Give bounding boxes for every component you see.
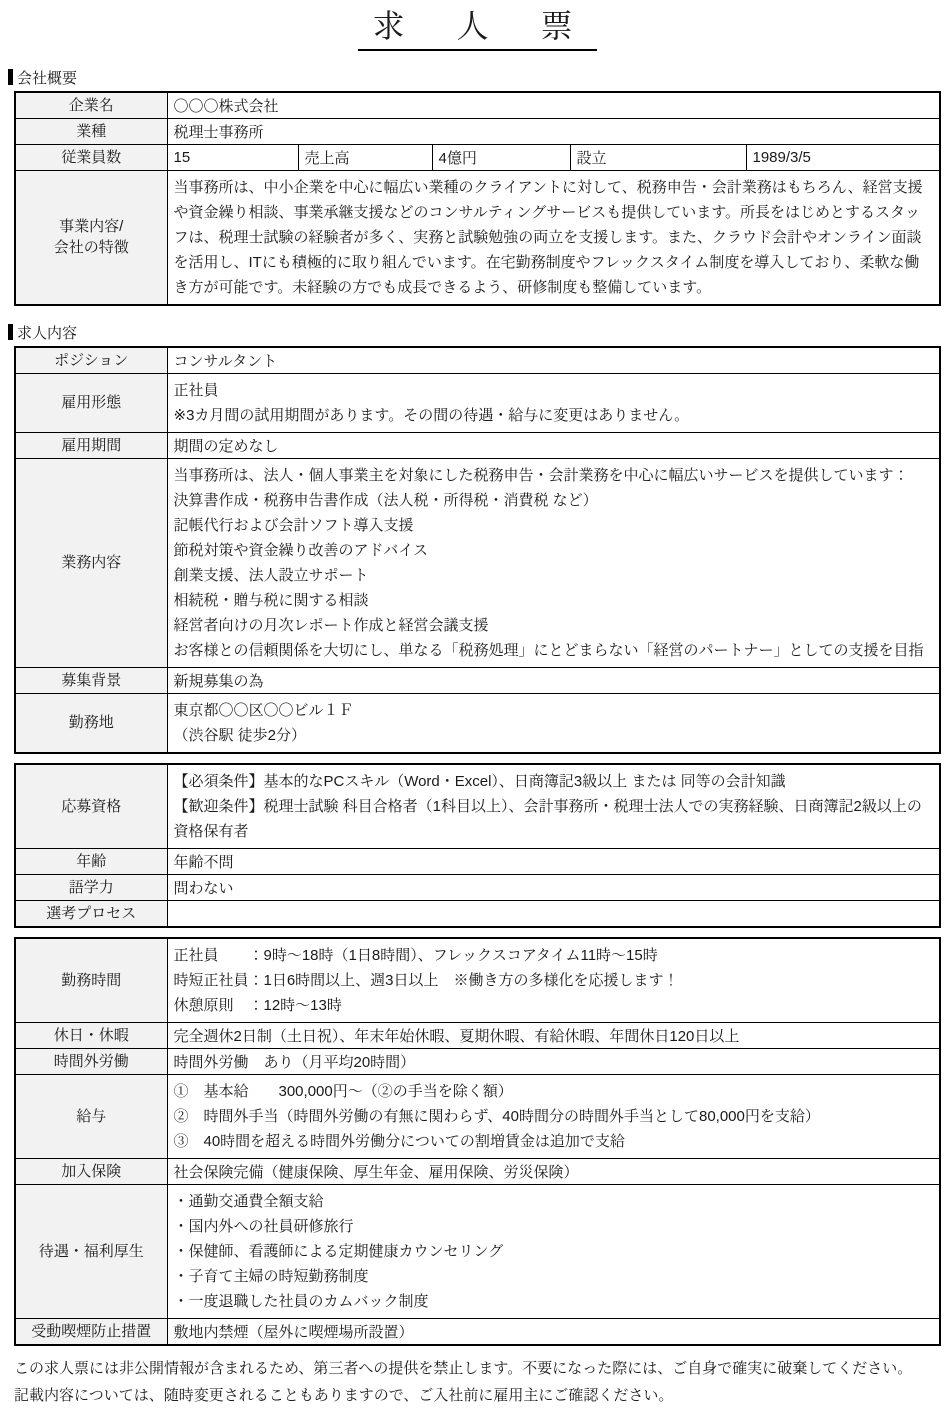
table-row: 雇用形態 正社員 ※3カ月間の試用期間があります。その間の待遇・給与に変更はあり… [15, 373, 940, 432]
employees-label: 従業員数 [15, 144, 167, 170]
revenue-label: 売上高 [298, 144, 432, 170]
selection-process-value [167, 900, 940, 927]
established-label: 設立 [570, 144, 746, 170]
table-row: 勤務地 東京都〇〇区〇〇ビル１Ｆ （渋谷駅 徒歩2分） [15, 693, 940, 753]
work-location-label: 勤務地 [15, 693, 167, 753]
page-title: 求 人 票 [358, 8, 596, 51]
section-title-job-details: 求人内容 [17, 322, 77, 343]
business-description-label: 事業内容/ 会社の特徴 [15, 170, 167, 305]
table-row: 企業名 〇〇〇株式会社 [15, 92, 940, 119]
table-row: 時間外労働 時間外労働 あり（月平均20時間） [15, 1048, 940, 1074]
overtime-value: 時間外労働 あり（月平均20時間） [167, 1048, 940, 1074]
table-row: 勤務時間 正社員 ：9時～18時（1日8時間）、フレックスコアタイム11時～15… [15, 938, 940, 1023]
recruitment-background-label: 募集背景 [15, 667, 167, 693]
benefits-value: ・通勤交通費全額支給 ・国内外への社員研修旅行 ・保健師、看護師による定期健康カ… [167, 1184, 940, 1318]
table-row: 給与 ① 基本給 300,000円～（②の手当を除く額） ② 時間外手当（時間外… [15, 1074, 940, 1158]
overtime-label: 時間外労働 [15, 1048, 167, 1074]
established-value: 1989/3/5 [746, 144, 940, 170]
employment-type-label: 雇用形態 [15, 373, 167, 432]
age-value: 年齢不問 [167, 848, 940, 874]
table-row: 語学力 問わない [15, 874, 940, 900]
section-header-job-details: 求人内容 [8, 322, 941, 343]
footer-notes: この求人票には非公開情報が含まれるため、第三者への提供を禁止します。不要になった… [14, 1355, 941, 1409]
company-name-label: 企業名 [15, 92, 167, 119]
job-details-table: ポジション コンサルタント 雇用形態 正社員 ※3カ月間の試用期間があります。そ… [14, 346, 941, 754]
benefits-label: 待遇・福利厚生 [15, 1184, 167, 1318]
table-row: 年齢 年齢不問 [15, 848, 940, 874]
table-row: 雇用期間 期間の定めなし [15, 432, 940, 458]
company-overview-table: 企業名 〇〇〇株式会社 業種 税理士事務所 従業員数 15 売上高 4億円 設立… [14, 91, 941, 306]
table-row: 選考プロセス [15, 900, 940, 927]
selection-process-label: 選考プロセス [15, 900, 167, 927]
job-posting-document: 求 人 票 会社概要 企業名 〇〇〇株式会社 業種 税理士事務所 従業員数 15… [0, 0, 948, 1419]
position-value: コンサルタント [167, 347, 940, 374]
table-row: 応募資格 【必須条件】基本的なPCスキル（Word・Excel）、日商簿記3級以… [15, 764, 940, 849]
recruitment-background-value: 新規募集の為 [167, 667, 940, 693]
employment-period-value: 期間の定めなし [167, 432, 940, 458]
working-hours-label: 勤務時間 [15, 938, 167, 1023]
industry-label: 業種 [15, 118, 167, 144]
table-row: ポジション コンサルタント [15, 347, 940, 374]
work-location-value: 東京都〇〇区〇〇ビル１Ｆ （渋谷駅 徒歩2分） [167, 693, 940, 753]
language-skill-value: 問わない [167, 874, 940, 900]
employment-period-label: 雇用期間 [15, 432, 167, 458]
holidays-value: 完全週休2日制（土日祝）、年末年始休暇、夏期休暇、有給休暇、年間休日120日以上 [167, 1022, 940, 1048]
footer-note-line: 記載内容については、随時変更されることもありますので、ご入社前に雇用主にご確認く… [14, 1382, 941, 1409]
requirements-value: 【必須条件】基本的なPCスキル（Word・Excel）、日商簿記3級以上 または… [167, 764, 940, 849]
table-row: 業種 税理士事務所 [15, 118, 940, 144]
revenue-value: 4億円 [432, 144, 570, 170]
working-conditions-table: 勤務時間 正社員 ：9時～18時（1日8時間）、フレックスコアタイム11時～15… [14, 937, 941, 1346]
working-hours-value: 正社員 ：9時～18時（1日8時間）、フレックスコアタイム11時～15時 時短正… [167, 938, 940, 1023]
section-bar-icon [8, 324, 13, 340]
footer-note-line: この求人票には非公開情報が含まれるため、第三者への提供を禁止します。不要になった… [14, 1355, 941, 1382]
title-container: 求 人 票 [14, 8, 941, 51]
table-row: 募集背景 新規募集の為 [15, 667, 940, 693]
section-header-company-overview: 会社概要 [8, 67, 941, 88]
business-description-value: 当事務所は、中小企業を中心に幅広い業種のクライアントに対して、税務申告・会計業務… [167, 170, 940, 305]
language-skill-label: 語学力 [15, 874, 167, 900]
table-row: 加入保険 社会保険完備（健康保険、厚生年金、雇用保険、労災保険） [15, 1158, 940, 1184]
job-description-value: 当事務所は、法人・個人事業主を対象にした税務申告・会計業務を中心に幅広いサービス… [167, 458, 940, 667]
job-description-label: 業務内容 [15, 458, 167, 667]
employees-value: 15 [167, 144, 298, 170]
table-row: 従業員数 15 売上高 4億円 設立 1989/3/5 [15, 144, 940, 170]
industry-value: 税理士事務所 [167, 118, 940, 144]
table-row: 待遇・福利厚生 ・通勤交通費全額支給 ・国内外への社員研修旅行 ・保健師、看護師… [15, 1184, 940, 1318]
age-label: 年齢 [15, 848, 167, 874]
employment-type-value: 正社員 ※3カ月間の試用期間があります。その間の待遇・給与に変更はありません。 [167, 373, 940, 432]
table-row: 事業内容/ 会社の特徴 当事務所は、中小企業を中心に幅広い業種のクライアントに対… [15, 170, 940, 305]
requirements-label: 応募資格 [15, 764, 167, 849]
insurance-value: 社会保険完備（健康保険、厚生年金、雇用保険、労災保険） [167, 1158, 940, 1184]
table-row: 休日・休暇 完全週休2日制（土日祝）、年末年始休暇、夏期休暇、有給休暇、年間休日… [15, 1022, 940, 1048]
salary-value: ① 基本給 300,000円～（②の手当を除く額） ② 時間外手当（時間外労働の… [167, 1074, 940, 1158]
section-bar-icon [8, 69, 13, 85]
holidays-label: 休日・休暇 [15, 1022, 167, 1048]
qualification-table: 応募資格 【必須条件】基本的なPCスキル（Word・Excel）、日商簿記3級以… [14, 763, 941, 928]
table-row: 受動喫煙防止措置 敷地内禁煙（屋外に喫煙場所設置） [15, 1318, 940, 1345]
company-name-value: 〇〇〇株式会社 [167, 92, 940, 119]
insurance-label: 加入保険 [15, 1158, 167, 1184]
salary-label: 給与 [15, 1074, 167, 1158]
position-label: ポジション [15, 347, 167, 374]
smoking-policy-value: 敷地内禁煙（屋外に喫煙場所設置） [167, 1318, 940, 1345]
table-row: 業務内容 当事務所は、法人・個人事業主を対象にした税務申告・会計業務を中心に幅広… [15, 458, 940, 667]
smoking-policy-label: 受動喫煙防止措置 [15, 1318, 167, 1345]
section-title-company-overview: 会社概要 [17, 67, 77, 88]
